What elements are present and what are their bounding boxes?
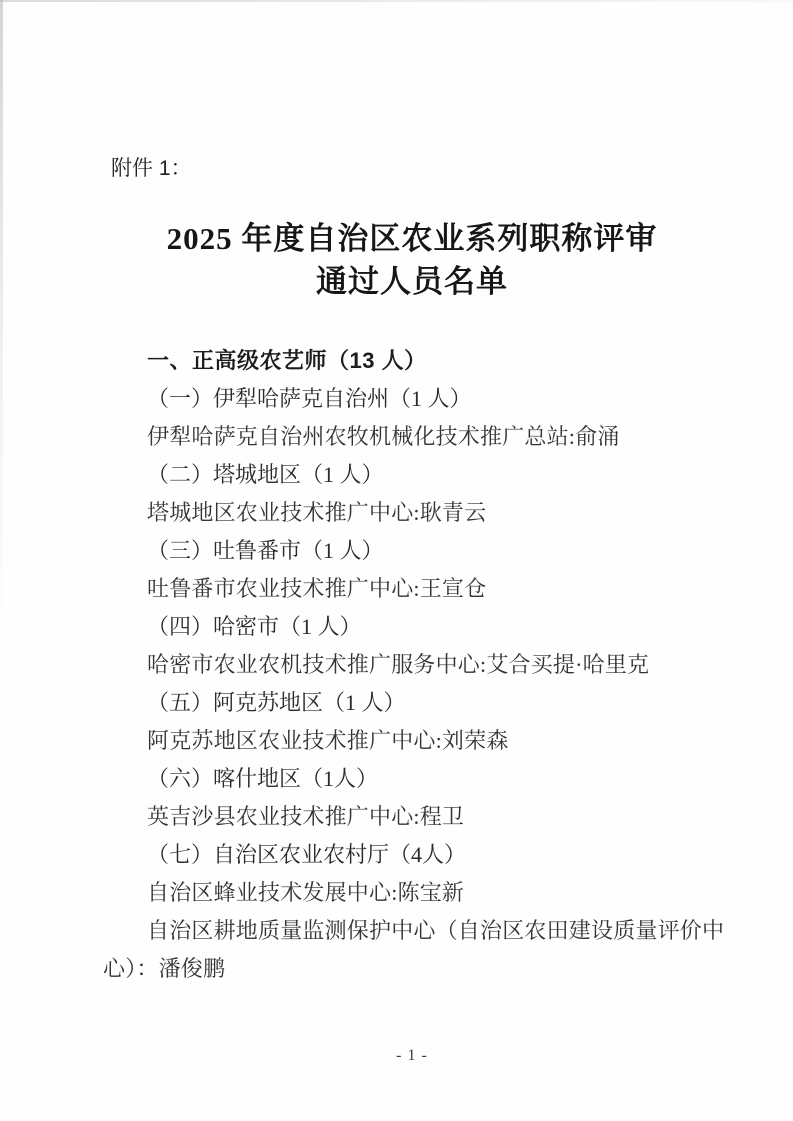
entry-line: 伊犁哈萨克自治州农牧机械化技术推广总站:俞涌	[103, 418, 723, 456]
entry-line-text: 自治区耕地质量监测保护中心（自治区农田建设质量评价中	[147, 918, 724, 943]
entry-line-text: 心）：潘俊鹏	[103, 956, 225, 981]
subsection-heading: （一）伊犁哈萨克自治州（1 人）	[103, 380, 723, 418]
scan-edge-top-artifact	[0, 0, 793, 2]
document-page: 附件 1： 2025 年度自治区农业系列职称评审 通过人员名单 一、正高级农艺师…	[0, 0, 793, 1121]
entry-line: 塔城地区农业技术推广中心:耿青云	[103, 494, 723, 532]
subsection-heading: （六）喀什地区（1人）	[103, 760, 723, 798]
subsection-heading: （五）阿克苏地区（1 人）	[103, 684, 723, 722]
document-title-line-2: 通过人员名单	[103, 260, 721, 303]
document-title-line-1: 2025 年度自治区农业系列职称评审	[103, 217, 721, 260]
entry-line: 阿克苏地区农业技术推广中心:刘荣森	[103, 722, 723, 760]
document-title: 2025 年度自治区农业系列职称评审 通过人员名单	[103, 217, 721, 303]
entry-line: 哈密市农业农机技术推广服务中心:艾合买提·哈里克	[103, 646, 723, 684]
subsection-heading: （三）吐鲁番市（1 人）	[103, 532, 723, 570]
section-heading: 一、正高级农艺师（13 人）	[103, 342, 723, 380]
subsection-heading: （四）哈密市（1 人）	[103, 608, 723, 646]
document-body: 一、正高级农艺师（13 人） （一）伊犁哈萨克自治州（1 人） 伊犁哈萨克自治州…	[103, 342, 723, 988]
entry-line-wrapped: 自治区耕地质量监测保护中心（自治区农田建设质量评价中 心）：潘俊鹏	[103, 912, 723, 988]
attachment-label: 附件 1：	[111, 156, 192, 182]
page-number: - 1 -	[103, 1046, 721, 1066]
subsection-heading: （二）塔城地区（1 人）	[103, 456, 723, 494]
subsection-heading: （七）自治区农业农村厅（4人）	[103, 836, 723, 874]
entry-line: 自治区蜂业技术发展中心:陈宝新	[103, 874, 723, 912]
scan-edge-left-artifact	[0, 0, 3, 640]
entry-line: 英吉沙县农业技术推广中心:程卫	[103, 798, 723, 836]
entry-line: 吐鲁番市农业技术推广中心:王宣仓	[103, 570, 723, 608]
